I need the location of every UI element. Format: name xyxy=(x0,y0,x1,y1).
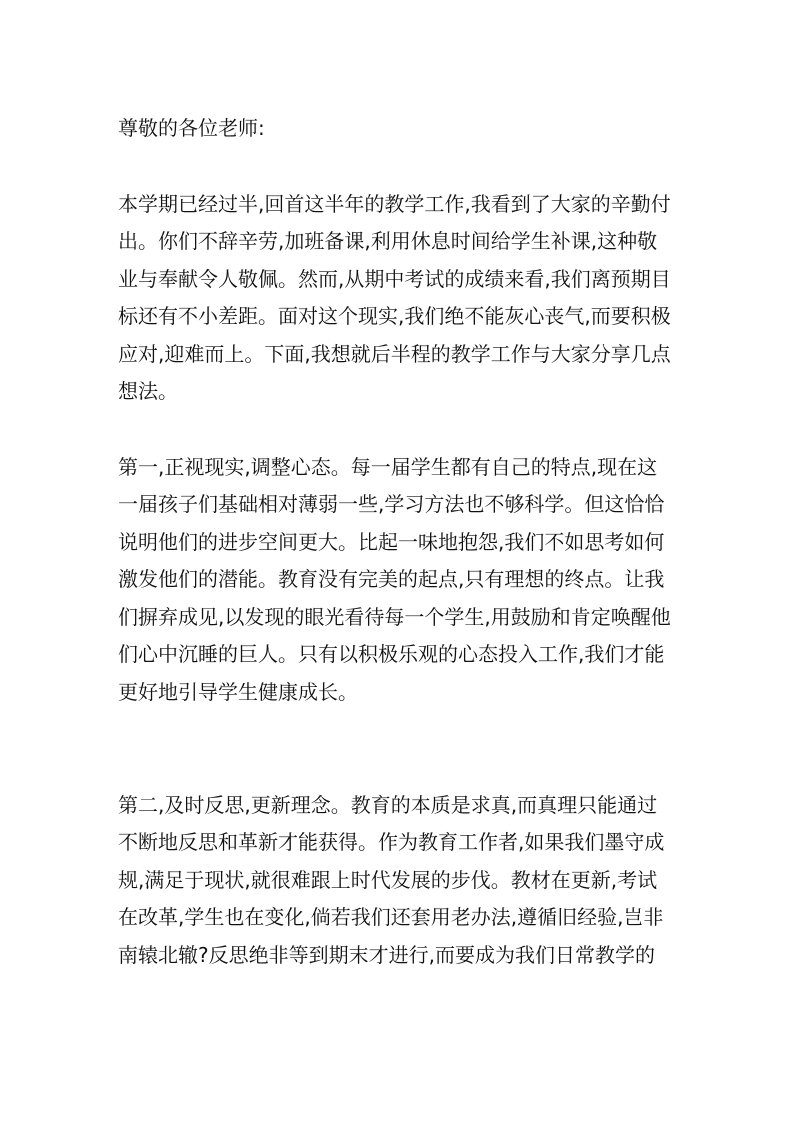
paragraph-line: 应对,迎难而上。下面,我想就后半程的教学工作与大家分享几点 xyxy=(118,338,671,370)
paragraph-line: 规,满足于现状,就很难跟上时代发展的步伐。教材在更新,考试 xyxy=(118,864,657,896)
paragraph-line: 激发他们的潜能。教育没有完美的起点,只有理想的终点。让我 xyxy=(118,563,664,595)
paragraph-line: 业与奉献令人敬佩。然而,从期中考试的成绩来看,我们离预期目 xyxy=(118,263,671,295)
paragraph-line: 们心中沉睡的巨人。只有以积极乐观的心态投入工作,我们才能 xyxy=(118,638,664,670)
paragraph-line: 第一,正视现实,调整心态。每一届学生都有自己的特点,现在这 xyxy=(118,451,657,483)
paragraph-line: 在改革,学生也在变化,倘若我们还套用老办法,遵循旧经验,岂非 xyxy=(118,901,663,933)
paragraph-line: 一届孩子们基础相对薄弱一些,学习方法也不够科学。但这恰恰 xyxy=(118,488,664,520)
paragraph-line: 想法。 xyxy=(118,375,178,407)
paragraph-line: 本学期已经过半,回首这半年的教学工作,我看到了大家的辛勤付 xyxy=(118,188,671,220)
paragraph-line: 说明他们的进步空间更大。比起一味地抱怨,我们不如思考如何 xyxy=(118,526,664,558)
paragraph-line: 标还有不小差距。面对这个现实,我们绝不能灰心丧气,而要积极 xyxy=(118,300,671,332)
paragraph-line: 更好地引导学生健康成长。 xyxy=(118,676,358,708)
salutation: 尊敬的各位老师: xyxy=(118,112,265,144)
paragraph-line: 不断地反思和革新才能获得。作为教育工作者,如果我们墨守成 xyxy=(118,826,664,858)
paragraph-line: 们摒弃成见,以发现的眼光看待每一个学生,用鼓励和肯定唤醒他 xyxy=(118,601,671,633)
paragraph-line: 第二,及时反思,更新理念。教育的本质是求真,而真理只能通过 xyxy=(118,789,657,821)
paragraph-line: 南辕北辙?反思绝非等到期末才进行,而要成为我们日常教学的 xyxy=(118,939,655,971)
paragraph-line: 出。你们不辞辛劳,加班备课,利用休息时间给学生补课,这种敬 xyxy=(118,225,657,257)
